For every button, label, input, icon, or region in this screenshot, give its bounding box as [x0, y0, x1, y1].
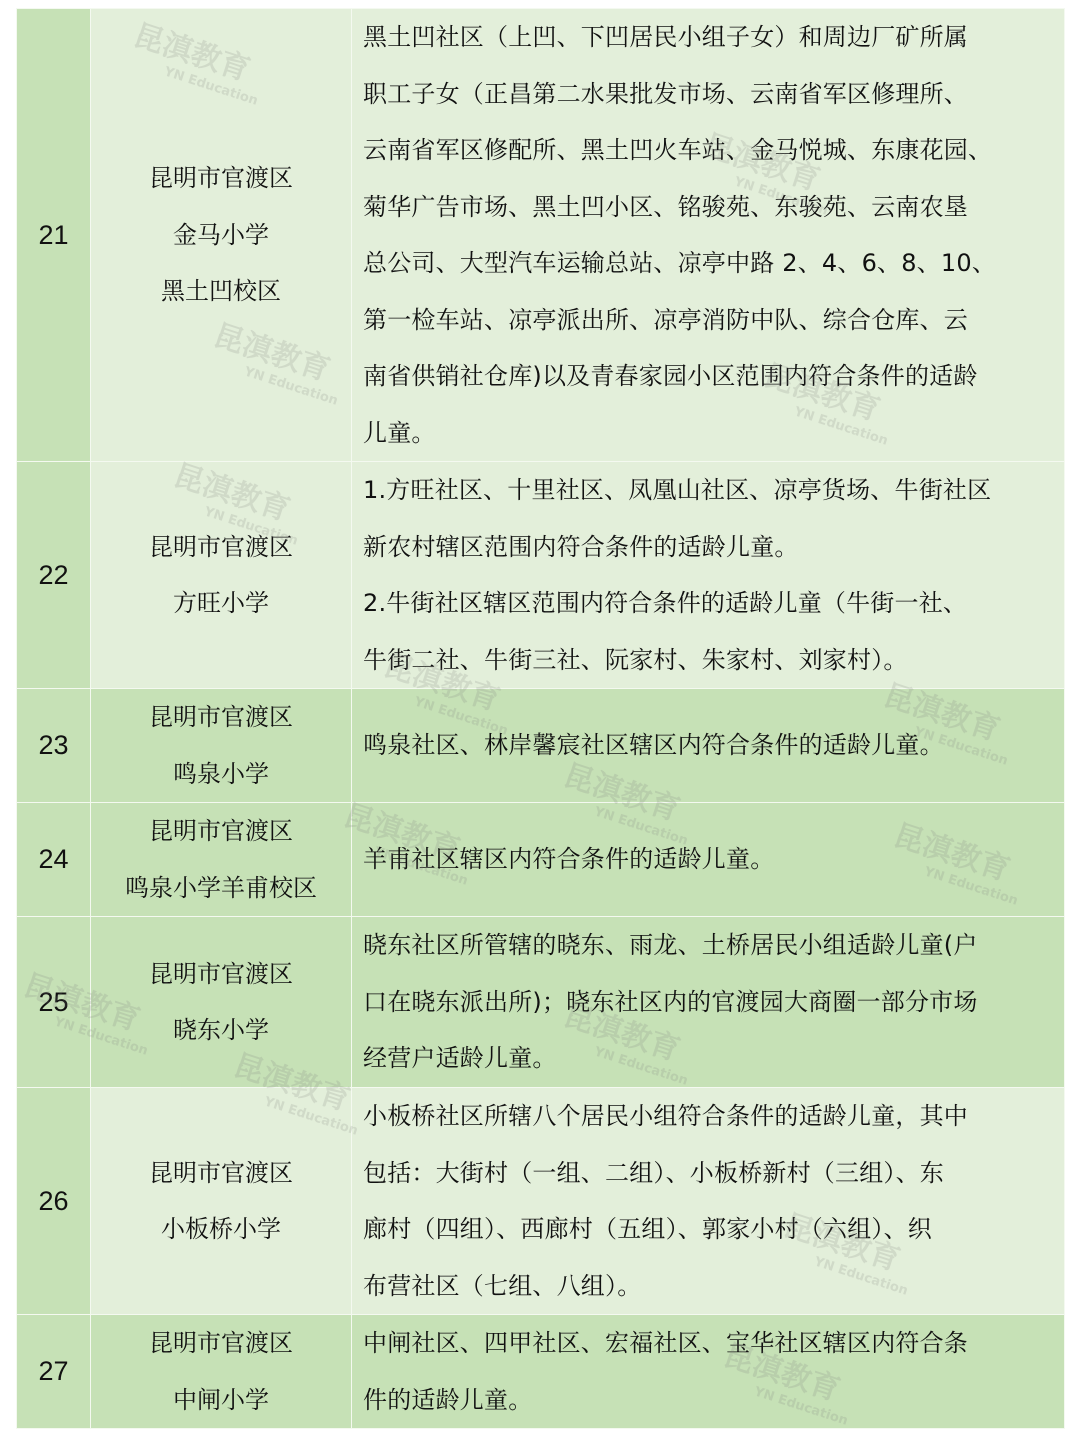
area-line: 晓东社区所管辖的晓东、雨龙、土桥居民小组适龄儿童(户	[363, 917, 1056, 974]
area-line: 经营户适龄儿童。	[363, 1030, 1056, 1087]
table-row: 22 昆明市官渡区 方旺小学 1.方旺社区、十里社区、凤凰山社区、凉亭货场、牛街…	[17, 462, 1065, 689]
school-district: 昆明市官渡区	[91, 803, 351, 860]
table-row: 26 昆明市官渡区 小板桥小学 小板桥社区所辖八个居民小组符合条件的适龄儿童，其…	[17, 1088, 1065, 1315]
school-district: 昆明市官渡区	[91, 1315, 351, 1372]
row-number: 27	[17, 1315, 91, 1429]
table-body: 21 昆明市官渡区 金马小学 黑土凹校区 黑土凹社区（上凹、下凹居民小组子女）和…	[17, 9, 1065, 1429]
area-line: 1.方旺社区、十里社区、凤凰山社区、凉亭货场、牛街社区	[363, 462, 1056, 519]
enrollment-area-cell: 晓东社区所管辖的晓东、雨龙、土桥居民小组适龄儿童(户 口在晓东派出所)；晓东社区…	[352, 917, 1065, 1088]
school-name-cell: 昆明市官渡区 中闸小学	[91, 1315, 352, 1429]
row-number: 23	[17, 689, 91, 803]
area-line: 口在晓东派出所)；晓东社区内的官渡园大商圈一部分市场	[363, 974, 1056, 1031]
enrollment-area-cell: 黑土凹社区（上凹、下凹居民小组子女）和周边厂矿所属 职工子女（正昌第二水果批发市…	[352, 9, 1065, 462]
area-line: 儿童。	[363, 405, 1056, 462]
table-row: 23 昆明市官渡区 鸣泉小学 鸣泉社区、林岸馨宸社区辖区内符合条件的适龄儿童。	[17, 689, 1065, 803]
table-row: 25 昆明市官渡区 晓东小学 晓东社区所管辖的晓东、雨龙、土桥居民小组适龄儿童(…	[17, 917, 1065, 1088]
school-name: 中闸小学	[91, 1372, 351, 1429]
school-campus: 黑土凹校区	[91, 263, 351, 320]
area-line: 鸣泉社区、林岸馨宸社区辖区内符合条件的适龄儿童。	[363, 717, 1056, 774]
school-name-cell: 昆明市官渡区 金马小学 黑土凹校区	[91, 9, 352, 462]
area-line: 总公司、大型汽车运输总站、凉亭中路 2、4、6、8、10、	[363, 235, 1056, 292]
school-district: 昆明市官渡区	[91, 946, 351, 1003]
school-name: 小板桥小学	[91, 1201, 351, 1258]
school-name-cell: 昆明市官渡区 晓东小学	[91, 917, 352, 1088]
area-line: 小板桥社区所辖八个居民小组符合条件的适龄儿童，其中	[363, 1088, 1056, 1145]
area-line: 2.牛街社区辖区范围内符合条件的适龄儿童（牛街一社、	[363, 575, 1056, 632]
school-name: 方旺小学	[91, 575, 351, 632]
enrollment-area-cell: 小板桥社区所辖八个居民小组符合条件的适龄儿童，其中 包括：大街村（一组、二组）、…	[352, 1088, 1065, 1315]
row-number: 26	[17, 1088, 91, 1315]
row-number: 24	[17, 803, 91, 917]
row-number: 22	[17, 462, 91, 689]
area-line: 中闸社区、四甲社区、宏福社区、宝华社区辖区内符合条	[363, 1315, 1056, 1372]
school-name-cell: 昆明市官渡区 鸣泉小学	[91, 689, 352, 803]
school-district: 昆明市官渡区	[91, 689, 351, 746]
row-number: 21	[17, 9, 91, 462]
school-name: 鸣泉小学羊甫校区	[91, 860, 351, 917]
area-line: 件的适龄儿童。	[363, 1372, 1056, 1429]
area-line: 新农村辖区范围内符合条件的适龄儿童。	[363, 519, 1056, 576]
area-line: 云南省军区修配所、黑土凹火车站、金马悦城、东康花园、	[363, 122, 1056, 179]
school-name: 金马小学	[91, 207, 351, 264]
enrollment-area-cell: 1.方旺社区、十里社区、凤凰山社区、凉亭货场、牛街社区 新农村辖区范围内符合条件…	[352, 462, 1065, 689]
school-name-cell: 昆明市官渡区 方旺小学	[91, 462, 352, 689]
school-district: 昆明市官渡区	[91, 1145, 351, 1202]
area-line: 牛街二社、牛街三社、阮家村、朱家村、刘家村）。	[363, 632, 1056, 689]
area-line: 职工子女（正昌第二水果批发市场、云南省军区修理所、	[363, 66, 1056, 123]
school-district-table: 21 昆明市官渡区 金马小学 黑土凹校区 黑土凹社区（上凹、下凹居民小组子女）和…	[16, 8, 1065, 1429]
row-number: 25	[17, 917, 91, 1088]
area-line: 廊村（四组）、西廊村（五组）、郭家小村（六组）、织	[363, 1201, 1056, 1258]
school-name: 鸣泉小学	[91, 746, 351, 803]
area-line: 黑土凹社区（上凹、下凹居民小组子女）和周边厂矿所属	[363, 9, 1056, 66]
school-name-cell: 昆明市官渡区 鸣泉小学羊甫校区	[91, 803, 352, 917]
area-line: 布营社区（七组、八组）。	[363, 1258, 1056, 1315]
area-line: 羊甫社区辖区内符合条件的适龄儿童。	[363, 831, 1056, 888]
school-name: 晓东小学	[91, 1002, 351, 1059]
enrollment-area-cell: 羊甫社区辖区内符合条件的适龄儿童。	[352, 803, 1065, 917]
school-district: 昆明市官渡区	[91, 519, 351, 576]
enrollment-area-cell: 鸣泉社区、林岸馨宸社区辖区内符合条件的适龄儿童。	[352, 689, 1065, 803]
area-line: 包括：大街村（一组、二组）、小板桥新村（三组）、东	[363, 1145, 1056, 1202]
area-line: 第一检车站、凉亭派出所、凉亭消防中队、综合仓库、云	[363, 292, 1056, 349]
school-district: 昆明市官渡区	[91, 150, 351, 207]
school-name-cell: 昆明市官渡区 小板桥小学	[91, 1088, 352, 1315]
table-row: 24 昆明市官渡区 鸣泉小学羊甫校区 羊甫社区辖区内符合条件的适龄儿童。	[17, 803, 1065, 917]
table-row: 21 昆明市官渡区 金马小学 黑土凹校区 黑土凹社区（上凹、下凹居民小组子女）和…	[17, 9, 1065, 462]
enrollment-area-cell: 中闸社区、四甲社区、宏福社区、宝华社区辖区内符合条 件的适龄儿童。	[352, 1315, 1065, 1429]
area-line: 菊华广告市场、黑土凹小区、铭骏苑、东骏苑、云南农垦	[363, 179, 1056, 236]
area-line: 南省供销社仓库)以及青春家园小区范围内符合条件的适龄	[363, 348, 1056, 405]
table-row: 27 昆明市官渡区 中闸小学 中闸社区、四甲社区、宏福社区、宝华社区辖区内符合条…	[17, 1315, 1065, 1429]
